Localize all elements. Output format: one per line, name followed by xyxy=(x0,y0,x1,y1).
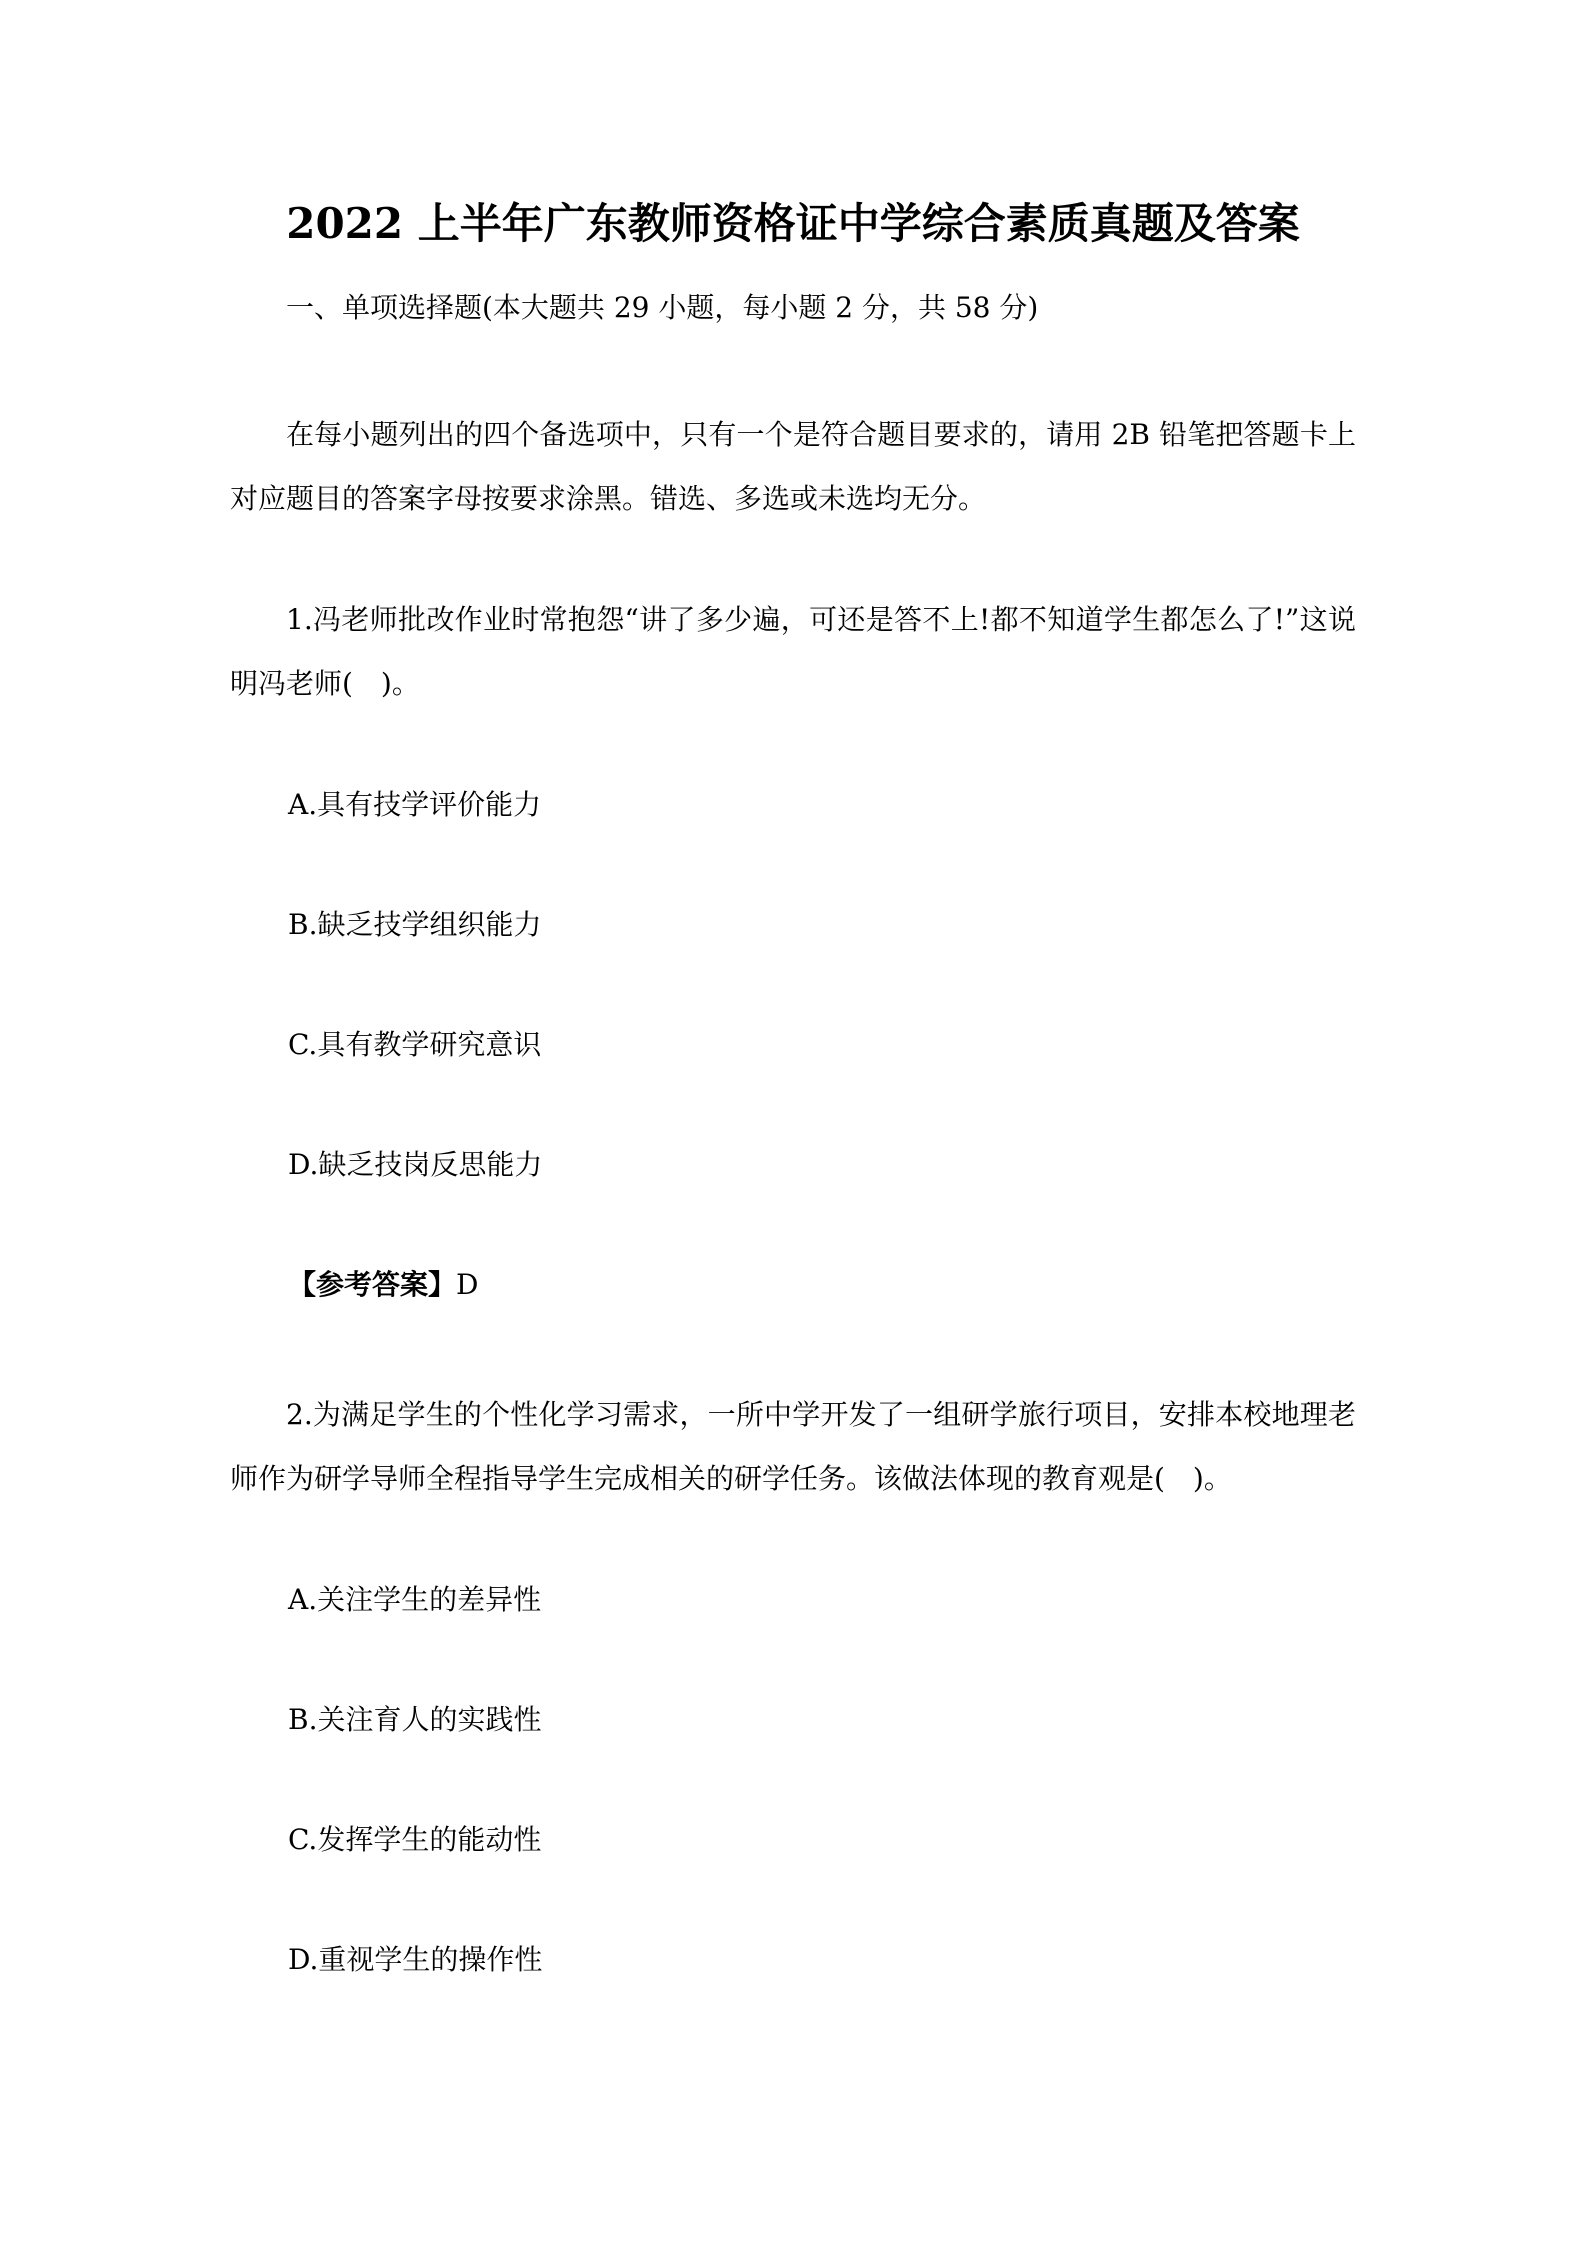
question-1-answer-line: 【参考答案】D xyxy=(230,1253,1356,1317)
section-heading: 一、单项选择题(本大题共 29 小题，每小题 2 分，共 58 分) xyxy=(230,276,1356,340)
question-1-option-c: C.具有教学研究意识 xyxy=(230,1013,1356,1077)
question-1-answer-value: D xyxy=(456,1268,478,1301)
question-1-option-b: B.缺乏技学组织能力 xyxy=(230,893,1356,957)
question-2-option-b: B.关注育人的实践性 xyxy=(230,1688,1356,1752)
question-1-option-a: A.具有技学评价能力 xyxy=(230,773,1356,837)
document-page: 2022 上半年广东教师资格证中学综合素质真题及答案 一、单项选择题(本大题共 … xyxy=(0,0,1586,2244)
question-2: 2.为满足学生的个性化学习需求，一所中学开发了一组研学旅行项目，安排本校地理老师… xyxy=(230,1383,1356,1992)
question-2-option-a: A.关注学生的差异性 xyxy=(230,1568,1356,1632)
question-1-stem: 1.冯老师批改作业时常抱怨“讲了多少遍，可还是答不上!都不知道学生都怎么了!”这… xyxy=(230,588,1356,716)
question-2-stem: 2.为满足学生的个性化学习需求，一所中学开发了一组研学旅行项目，安排本校地理老师… xyxy=(230,1383,1356,1511)
question-1-answer-label: 【参考答案】 xyxy=(288,1268,456,1301)
section-instructions: 在每小题列出的四个备选项中，只有一个是符合题目要求的，请用 2B 铅笔把答题卡上… xyxy=(230,403,1356,531)
question-1: 1.冯老师批改作业时常抱怨“讲了多少遍，可还是答不上!都不知道学生都怎么了!”这… xyxy=(230,588,1356,1317)
question-1-option-d: D.缺乏技岗反思能力 xyxy=(230,1133,1356,1197)
document-title: 2022 上半年广东教师资格证中学综合素质真题及答案 xyxy=(230,196,1356,252)
question-2-option-c: C.发挥学生的能动性 xyxy=(230,1808,1356,1872)
question-2-option-d: D.重视学生的操作性 xyxy=(230,1928,1356,1992)
